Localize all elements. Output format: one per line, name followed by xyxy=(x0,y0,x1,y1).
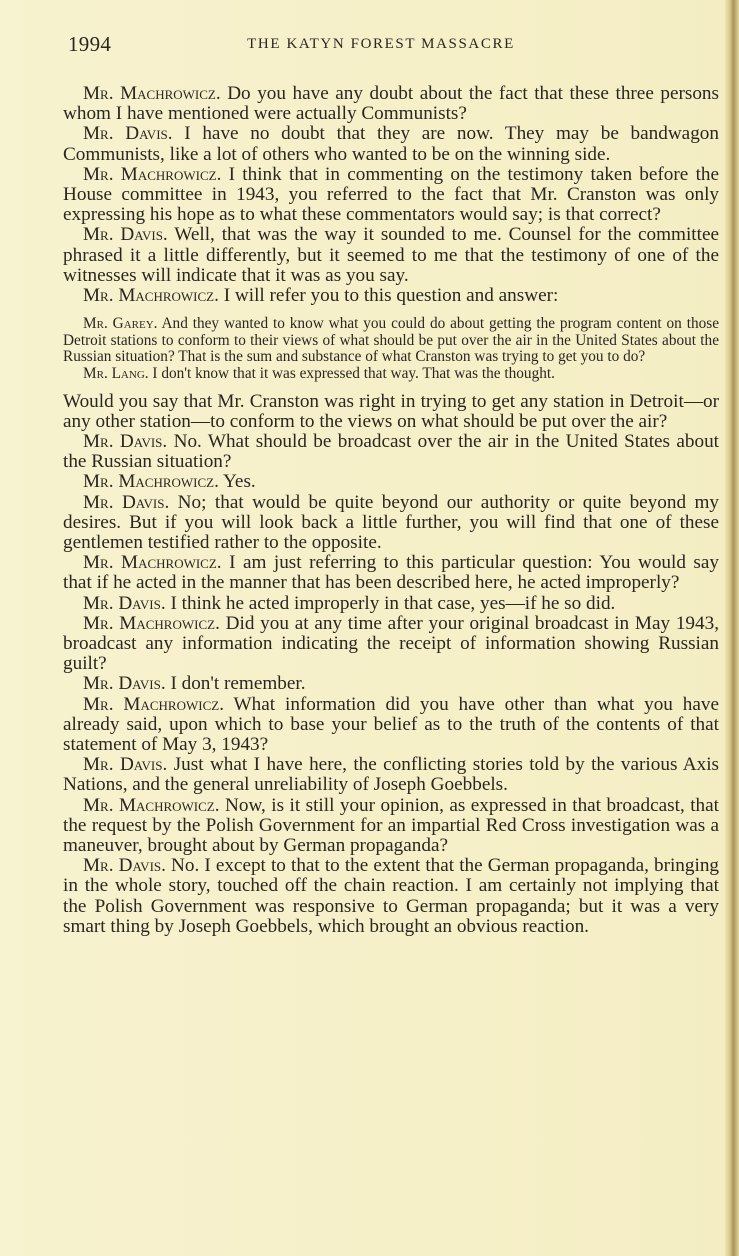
speaker-name: Mr. Machrowicz. xyxy=(83,795,220,816)
paragraph-text: I will refer you to this question and an… xyxy=(219,285,558,306)
speaker-name: Mr. Garey. xyxy=(83,315,157,332)
block-quote: Mr. Garey. And they wanted to know what … xyxy=(63,316,719,382)
paragraph: Mr. Machrowicz. What information did you… xyxy=(63,695,719,756)
paragraph: Mr. Machrowicz. Do you have any doubt ab… xyxy=(63,84,719,124)
paragraph: Mr. Davis. No; that would be quite beyon… xyxy=(63,493,719,554)
speaker-name: Mr. Davis. xyxy=(83,492,169,513)
paragraph: Mr. Machrowicz. Did you at any time afte… xyxy=(63,614,719,675)
speaker-name: Mr. Machrowicz. xyxy=(83,471,219,492)
paragraph: Mr. Machrowicz. Now, is it still your op… xyxy=(63,796,719,857)
speaker-name: Mr. Davis. xyxy=(83,855,166,876)
quote-paragraph: Mr. Lang. I don't know that it was expre… xyxy=(63,366,719,383)
speaker-name: Mr. Machrowicz. xyxy=(83,285,219,306)
paragraph-text: I think he acted improperly in that case… xyxy=(166,593,616,614)
speaker-name: Mr. Machrowicz. xyxy=(83,694,224,715)
page-title: THE KATYN FOREST MASSACRE xyxy=(68,36,664,53)
quote-paragraph: Mr. Garey. And they wanted to know what … xyxy=(63,316,719,366)
paragraph: Mr. Machrowicz. I am just referring to t… xyxy=(63,553,719,593)
paragraph-text: I don't know that it was expressed that … xyxy=(149,365,555,382)
speaker-name: Mr. Davis. xyxy=(83,593,166,614)
page-binding-edge xyxy=(725,0,739,1256)
paragraph: Mr. Davis. No. I except to that to the e… xyxy=(63,856,719,937)
speaker-name: Mr. Davis. xyxy=(83,224,168,245)
speaker-name: Mr. Machrowicz. xyxy=(83,83,221,104)
speaker-name: Mr. Davis. xyxy=(83,754,167,775)
paragraph: Mr. Davis. I have no doubt that they are… xyxy=(63,124,719,164)
paragraph-text: Would you say that Mr. Cranston was righ… xyxy=(63,391,719,432)
paragraph-text: And they wanted to know what you could d… xyxy=(63,315,719,365)
paragraph: Mr. Machrowicz. I think that in commenti… xyxy=(63,165,719,226)
speaker-name: Mr. Davis. xyxy=(83,431,167,452)
speaker-name: Mr. Lang. xyxy=(83,365,149,382)
paragraph: Mr. Davis. I think he acted improperly i… xyxy=(63,594,719,614)
document-page: 1994 THE KATYN FOREST MASSACRE Mr. Machr… xyxy=(0,0,739,1256)
speaker-name: Mr. Machrowicz. xyxy=(83,552,222,573)
paragraph-text: Yes. xyxy=(219,471,256,492)
speaker-name: Mr. Machrowicz. xyxy=(83,613,220,634)
paragraph: Mr. Davis. Well, that was the way it sou… xyxy=(63,225,719,286)
speaker-name: Mr. Davis. xyxy=(83,123,173,144)
speaker-name: Mr. Davis. xyxy=(83,673,166,694)
testimony-body: Mr. Machrowicz. Do you have any doubt ab… xyxy=(63,84,719,937)
paragraph: Mr. Machrowicz. I will refer you to this… xyxy=(63,286,719,306)
paragraph-text: I don't remember. xyxy=(166,673,306,694)
paragraph: Would you say that Mr. Cranston was righ… xyxy=(63,392,719,432)
paragraph: Mr. Davis. Just what I have here, the co… xyxy=(63,755,719,795)
paragraph: Mr. Davis. No. What should be broadcast … xyxy=(63,432,719,472)
paragraph: Mr. Machrowicz. Yes. xyxy=(63,472,719,492)
speaker-name: Mr. Machrowicz. xyxy=(83,164,221,185)
paragraph: Mr. Davis. I don't remember. xyxy=(63,674,719,694)
running-head: 1994 THE KATYN FOREST MASSACRE xyxy=(68,32,664,58)
